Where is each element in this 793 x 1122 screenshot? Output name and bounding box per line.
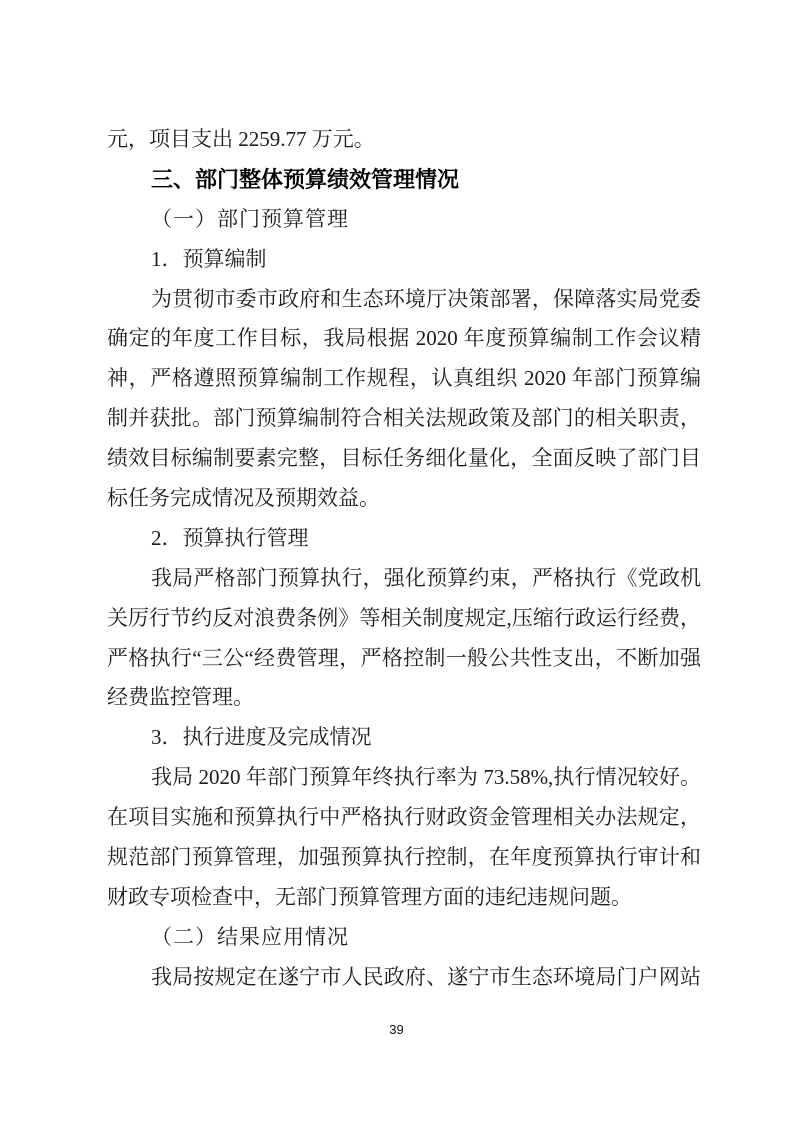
paragraph-line: 我局按规定在遂宁市人民政府、遂宁市生态环境局门户网站 [107,958,701,998]
paragraph-line: 在项目实施和预算执行中严格执行财政资金管理相关办法规定， [107,798,701,838]
numbered-heading-2: 2．预算执行管理 [107,519,701,559]
section-heading-3: 三、部门整体预算绩效管理情况 [107,160,701,200]
paragraph-line: 关厉行节约反对浪费条例》等相关制度规定,压缩行政运行经费， [107,599,701,639]
paragraph-line: 制并获批。部门预算编制符合相关法规政策及部门的相关职责， [107,399,701,439]
numbered-heading-3: 3．执行进度及完成情况 [107,718,701,758]
paragraph-line: 确定的年度工作目标，我局根据 2020 年度预算编制工作会议精 [107,319,701,359]
paragraph-line: 神，严格遵照预算编制工作规程，认真组织 2020 年部门预算编 [107,359,701,399]
paragraph-line: 绩效目标编制要素完整，目标任务细化量化，全面反映了部门目 [107,439,701,479]
paragraph-line: 我局 2020 年部门预算年终执行率为 73.58%,执行情况较好。 [107,758,701,798]
subsection-heading-2: （二）结果应用情况 [107,918,701,958]
paragraph-line: 财政专项检查中，无部门预算管理方面的违纪违规问题。 [107,878,701,918]
numbered-heading-1: 1．预算编制 [107,240,701,280]
page-body: 元，项目支出 2259.77 万元。 三、部门整体预算绩效管理情况 （一）部门预… [107,120,701,998]
paragraph-line: 严格执行“三公“经费管理，严格控制一般公共性支出，不断加强 [107,639,701,679]
paragraph-line: 标任务完成情况及预期效益。 [107,479,701,519]
subsection-heading-1: （一）部门预算管理 [107,200,701,240]
page-number: 39 [0,1022,793,1037]
document-page: 元，项目支出 2259.77 万元。 三、部门整体预算绩效管理情况 （一）部门预… [0,0,793,1122]
paragraph-line: 我局严格部门预算执行，强化预算约束，严格执行《党政机 [107,559,701,599]
paragraph-line: 经费监控管理。 [107,678,701,718]
paragraph-line: 为贯彻市委市政府和生态环境厅决策部署，保障落实局党委 [107,280,701,320]
body-line-carryover: 元，项目支出 2259.77 万元。 [107,120,701,160]
paragraph-line: 规范部门预算管理，加强预算执行控制，在年度预算执行审计和 [107,838,701,878]
